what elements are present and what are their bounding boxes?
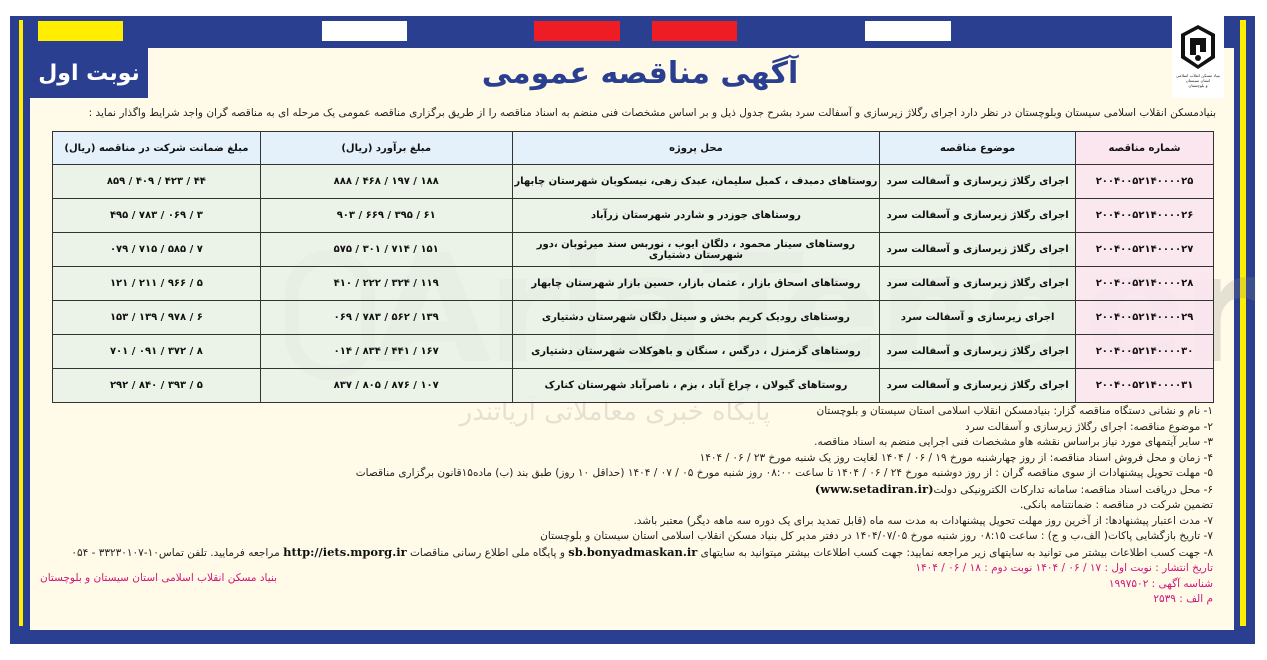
note-document-sale: ۴- زمان و محل فروش اسناد مناقصه: از روز … bbox=[113, 451, 1213, 467]
cell-subject: اجرای رگلاژ زیرسازی و آسفالت سرد bbox=[880, 165, 1076, 199]
cell-estimate: ۱۶۷ / ۴۴۱ / ۸۳۴ / ۰۱۴ bbox=[260, 335, 512, 369]
header-subject: موضوع مناقصه bbox=[880, 132, 1076, 165]
decor-block-white bbox=[865, 21, 951, 41]
note-validity: ۷- مدت اعتبار پیشنهادها: از آخرین روز مه… bbox=[113, 514, 1213, 530]
cell-subject: اجرای رگلاژ زیرسازی و آسفالت سرد bbox=[880, 369, 1076, 403]
cell-estimate: ۶۱ / ۳۹۵ / ۶۶۹ / ۹۰۳ bbox=[260, 199, 512, 233]
note-document-source-text: ۶- محل دریافت اسناد مناقصه: سامانه تدارک… bbox=[934, 484, 1213, 496]
note-more-info-mid: و پایگاه ملی اطلاع رسانی مناقصات bbox=[410, 547, 565, 559]
cell-subject: اجرای رگلاژ زیرسازی و آسفالت سرد bbox=[880, 267, 1076, 301]
table-row: ۲۰۰۴۰۰۵۲۱۴۰۰۰۰۲۹ اجرای زیرسازی و آسفالت … bbox=[53, 301, 1214, 335]
signature: بنیاد مسکن انقلاب اسلامی استان سیستان و … bbox=[40, 572, 277, 584]
bonyad-maskan-logo-icon bbox=[1178, 24, 1218, 70]
cell-guarantee: ۳ / ۰۶۹ / ۷۸۳ / ۴۹۵ bbox=[53, 199, 261, 233]
table-row: ۲۰۰۴۰۰۵۲۱۴۰۰۰۰۲۵ اجرای رگلاژ زیرسازی و آ… bbox=[53, 165, 1214, 199]
publish-dates: تاریخ انتشار : نوبت اول : ۱۷ / ۰۶ / ۱۴۰۴… bbox=[113, 561, 1213, 577]
cell-guarantee: ۷ / ۵۸۵ / ۷۱۵ / ۰۷۹ bbox=[53, 233, 261, 267]
note-subject: ۲- موضوع مناقصه: اجرای رگلاژ زیرسازی و آ… bbox=[113, 420, 1213, 436]
cell-subject: اجرای رگلاژ زیرسازی و آسفالت سرد bbox=[880, 233, 1076, 267]
setadiran-link[interactable]: (www.setadiran.ir) bbox=[815, 482, 934, 496]
note-document-source: ۶- محل دریافت اسناد مناقصه: سامانه تدارک… bbox=[113, 482, 1213, 499]
table-row: ۲۰۰۴۰۰۵۲۱۴۰۰۰۰۳۰ اجرای رگلاژ زیرسازی و آ… bbox=[53, 335, 1214, 369]
cell-location: روستاهای گزمنزل ، درگس ، سنگان و باهوکلا… bbox=[512, 335, 880, 369]
table-row: ۲۰۰۴۰۰۵۲۱۴۰۰۰۰۲۶ اجرای رگلاژ زیرسازی و آ… bbox=[53, 199, 1214, 233]
table-header-row: شماره مناقصه موضوع مناقصه محل پروژه مبلغ… bbox=[53, 132, 1214, 165]
cell-tender-number: ۲۰۰۴۰۰۵۲۱۴۰۰۰۰۳۰ bbox=[1076, 335, 1214, 369]
cell-location: روستاهای گیولان ، چراغ آباد ، بزم ، ناصر… bbox=[512, 369, 880, 403]
cell-tender-number: ۲۰۰۴۰۰۵۲۱۴۰۰۰۰۲۶ bbox=[1076, 199, 1214, 233]
cell-subject: اجرای زیرسازی و آسفالت سرد bbox=[880, 301, 1076, 335]
tenders-table: شماره مناقصه موضوع مناقصه محل پروژه مبلغ… bbox=[52, 131, 1214, 403]
cell-estimate: ۱۱۹ / ۳۲۴ / ۲۲۲ / ۴۱۰ bbox=[260, 267, 512, 301]
note-guarantee-type: تضمین شرکت در مناقصه : ضمانتنامه بانکی. bbox=[113, 498, 1213, 514]
cell-location: روستاهای جوزدر و شاردر شهرستان زرآباد bbox=[512, 199, 880, 233]
note-items: ۳- سایر آیتمهای مورد نیاز براساس نقشه ها… bbox=[113, 435, 1213, 451]
iets-link[interactable]: http://iets.mporg.ir bbox=[283, 545, 407, 559]
cell-location: روستاهای اسحاق بازار ، عثمان بازار، حسین… bbox=[512, 267, 880, 301]
round-badge: نوبت اول bbox=[30, 48, 148, 98]
note-submission-deadline: ۵- مهلت تحویل پیشنهادات از سوی مناقصه گر… bbox=[113, 466, 1213, 482]
note-more-info-text: ۸- جهت کسب اطلاعات بیشتر می توانید به سا… bbox=[701, 547, 1213, 559]
table-row: ۲۰۰۴۰۰۵۲۱۴۰۰۰۰۲۸ اجرای رگلاژ زیرسازی و آ… bbox=[53, 267, 1214, 301]
cell-tender-number: ۲۰۰۴۰۰۵۲۱۴۰۰۰۰۲۹ bbox=[1076, 301, 1214, 335]
cell-tender-number: ۲۰۰۴۰۰۵۲۱۴۰۰۰۰۲۵ bbox=[1076, 165, 1214, 199]
header-tender-number: شماره مناقصه bbox=[1076, 132, 1214, 165]
cell-estimate: ۱۸۸ / ۱۹۷ / ۴۶۸ / ۸۸۸ bbox=[260, 165, 512, 199]
cell-estimate: ۱۰۷ / ۸۷۶ / ۸۰۵ / ۸۳۷ bbox=[260, 369, 512, 403]
conditions-list: ۱- نام و نشانی دستگاه مناقصه گزار: بنیاد… bbox=[113, 404, 1213, 608]
note-opening-date: ۷- تاریخ بازگشایی پاکات( الف،ب و ج) : سا… bbox=[113, 529, 1213, 545]
note-phone: مراجعه فرمایید. تلفن تماس۱۰-۳۳۲۳۰۱۰۷ - ۰… bbox=[71, 547, 279, 559]
header-guarantee: مبلغ ضمانت شرکت در مناقصه (ریال) bbox=[53, 132, 261, 165]
intro-text: بنیادمسکن انقلاب اسلامی سیستان وبلوچستان… bbox=[40, 107, 1216, 119]
cell-location: روستاهای سینار محمود ، دلگان ایوب ، نورب… bbox=[512, 233, 880, 267]
note-organizer: ۱- نام و نشانی دستگاه مناقصه گزار: بنیاد… bbox=[113, 404, 1213, 420]
table-row: ۲۰۰۴۰۰۵۲۱۴۰۰۰۰۲۷ اجرای رگلاژ زیرسازی و آ… bbox=[53, 233, 1214, 267]
cell-subject: اجرای رگلاژ زیرسازی و آسفالت سرد bbox=[880, 199, 1076, 233]
note-more-info: ۸- جهت کسب اطلاعات بیشتر می توانید به سا… bbox=[113, 545, 1213, 562]
mim-alef-number: م الف : ۲۵۳۹ bbox=[113, 592, 1213, 608]
logo-caption: بنیاد مسکن انقلاب اسلامی استان سیستان و … bbox=[1176, 73, 1220, 88]
cell-tender-number: ۲۰۰۴۰۰۵۲۱۴۰۰۰۰۳۱ bbox=[1076, 369, 1214, 403]
cell-estimate: ۱۳۹ / ۵۶۲ / ۷۸۳ / ۰۶۹ bbox=[260, 301, 512, 335]
cell-tender-number: ۲۰۰۴۰۰۵۲۱۴۰۰۰۰۲۸ bbox=[1076, 267, 1214, 301]
cell-guarantee: ۶ / ۹۷۸ / ۱۳۹ / ۱۵۳ bbox=[53, 301, 261, 335]
header-location: محل پروژه bbox=[512, 132, 880, 165]
table-row: ۲۰۰۴۰۰۵۲۱۴۰۰۰۰۳۱ اجرای رگلاژ زیرسازی و آ… bbox=[53, 369, 1214, 403]
cell-guarantee: ۸ / ۳۷۲ / ۰۹۱ / ۷۰۱ bbox=[53, 335, 261, 369]
cell-guarantee: ۵ / ۳۹۳ / ۸۴۰ / ۲۹۲ bbox=[53, 369, 261, 403]
bonyadmaskan-link[interactable]: sb.bonyadmaskan.ir bbox=[568, 545, 697, 559]
ad-id: شناسه آگهی : ۱۹۹۷۵۰۲ bbox=[113, 577, 1213, 593]
cell-location: روستاهای رودیک کریم بخش و سیتل دلگان شهر… bbox=[512, 301, 880, 335]
right-yellow-stripe bbox=[1240, 20, 1246, 626]
cell-tender-number: ۲۰۰۴۰۰۵۲۱۴۰۰۰۰۲۷ bbox=[1076, 233, 1214, 267]
decor-block-yellow bbox=[38, 21, 123, 41]
cell-guarantee: ۵ / ۹۶۶ / ۲۱۱ / ۱۲۱ bbox=[53, 267, 261, 301]
header-estimate: مبلغ برآورد (ریال) bbox=[260, 132, 512, 165]
cell-estimate: ۱۵۱ / ۷۱۴ / ۳۰۱ / ۵۷۵ bbox=[260, 233, 512, 267]
page-title: آگهی مناقصه عمومی bbox=[430, 56, 850, 91]
decor-block-red bbox=[534, 21, 620, 41]
organization-logo: بنیاد مسکن انقلاب اسلامی استان سیستان و … bbox=[1172, 16, 1224, 98]
cell-subject: اجرای رگلاژ زیرسازی و آسفالت سرد bbox=[880, 335, 1076, 369]
left-yellow-stripe bbox=[19, 20, 23, 626]
decor-block-red bbox=[652, 21, 737, 41]
cell-guarantee: ۴۴ / ۴۲۳ / ۴۰۹ / ۸۵۹ bbox=[53, 165, 261, 199]
decor-block-white bbox=[322, 21, 407, 41]
cell-location: روستاهای دمبدف ، کمبل سلیمان، عبدک زهی، … bbox=[512, 165, 880, 199]
